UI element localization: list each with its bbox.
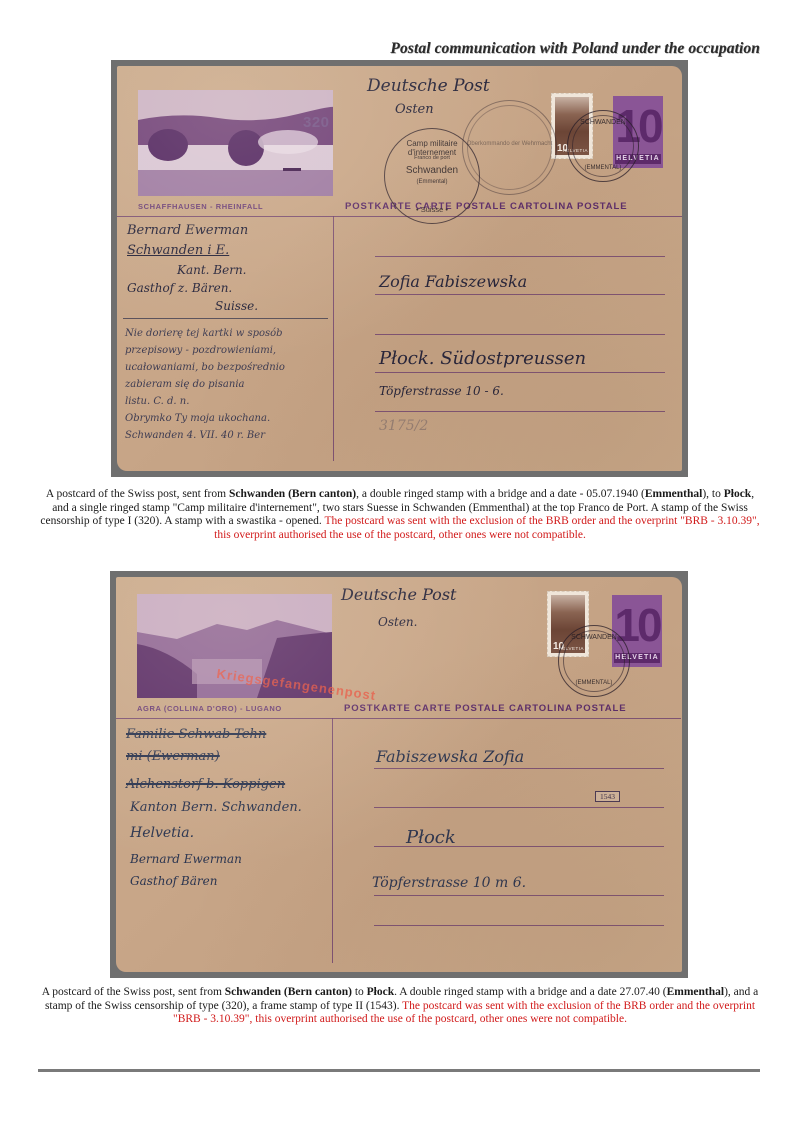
- postcard-2: AGRA (COLLINA D'ORO) - LUGANO POSTKARTE …: [116, 577, 682, 972]
- recipient-street: Töpferstrasse 10 m 6.: [372, 875, 526, 891]
- message-line: przepisowy - pozdrowieniami,: [125, 345, 276, 356]
- frame-stamp-1543: 1543: [595, 791, 620, 802]
- sender-line: Kanton Bern. Schwanden.: [130, 800, 302, 815]
- pencil-note: 3175/2: [379, 418, 428, 434]
- postcard-image-1: SCHAFFHAUSEN - RHEINFALL POSTKARTE CARTE…: [111, 60, 688, 477]
- schwanden-date-postmark: SCHWANDEN (EMMENTAL): [558, 625, 630, 697]
- header-divider: [117, 216, 682, 217]
- caption-text: ), to: [702, 488, 723, 500]
- caption-text: , a double ringed stamp with a bridge an…: [356, 488, 645, 500]
- caption-text: A postcard of the Swiss post, sent from: [46, 488, 229, 500]
- address-line: [374, 925, 664, 926]
- caption-text: Schwanden (Bern canton): [229, 488, 356, 500]
- address-line: [374, 768, 664, 769]
- message-line: zabieram się do pisania: [125, 379, 244, 390]
- sender-line: Suisse.: [215, 299, 258, 313]
- message-line: listu. C. d. n.: [125, 396, 189, 407]
- sender-line: Gasthof Bären: [130, 874, 217, 888]
- address-line: [375, 411, 665, 412]
- wehrmacht-postmark: Oberkommando der Wehrmacht: [462, 100, 557, 195]
- routing-line: Osten: [395, 102, 434, 117]
- recipient-street: Töpferstrasse 10 - 6.: [379, 384, 504, 398]
- recipient-city: Płock: [406, 827, 456, 848]
- sender-line: Helvetia.: [130, 825, 194, 841]
- sender-line-struck: Familie Schwab-Tehn: [126, 727, 266, 742]
- postcard-2-caption: A postcard of the Swiss post, sent from …: [40, 986, 760, 1027]
- postcard-1-caption: A postcard of the Swiss post, sent from …: [40, 488, 760, 542]
- address-line: [374, 895, 664, 896]
- sender-line-struck: Alchenstorf b. Koppigen: [126, 777, 285, 792]
- message-line: Schwanden 4. VII. 40 r. Ber: [125, 430, 265, 441]
- message-line: Obrymko Ty moja ukochana.: [125, 413, 270, 424]
- routing-line: Osten.: [378, 615, 417, 629]
- footer-divider: [38, 1069, 760, 1072]
- sender-underline: [123, 318, 328, 319]
- address-line: [375, 256, 665, 257]
- address-divider: [333, 216, 334, 461]
- censor-mark-320: 320: [303, 114, 330, 131]
- picture-caption: SCHAFFHAUSEN - RHEINFALL: [138, 202, 263, 211]
- sender-line: Gasthof z. Bären.: [127, 281, 232, 295]
- sender-line: Schwanden i E.: [127, 243, 229, 258]
- schwanden-date-postmark: SCHWANDEN (EMMENTAL): [567, 110, 639, 182]
- address-line: [375, 372, 665, 373]
- caption-text: Emmenthal: [645, 488, 703, 500]
- address-divider: [332, 718, 333, 963]
- caption-text: Płock: [367, 986, 394, 998]
- caption-text: Płock: [724, 488, 751, 500]
- caption-text: Schwanden (Bern canton): [225, 986, 352, 998]
- recipient-name: Zofia Fabiszewska: [379, 272, 527, 291]
- caption-text: . A double ringed stamp with a bridge an…: [394, 986, 666, 998]
- sender-line-struck: mi (Ewerman): [126, 749, 220, 764]
- caption-text: A postcard of the Swiss post, sent from: [42, 986, 225, 998]
- recipient-name: Fabiszewska Zofia: [376, 747, 524, 766]
- address-line: [375, 334, 665, 335]
- postcard-1: SCHAFFHAUSEN - RHEINFALL POSTKARTE CARTE…: [117, 66, 682, 471]
- page-title: Postal communication with Poland under t…: [390, 40, 760, 58]
- routing-line: Deutsche Post: [341, 585, 456, 604]
- waterfall-illustration: [138, 90, 333, 196]
- caption-text: to: [352, 986, 367, 998]
- postcard-image-2: AGRA (COLLINA D'ORO) - LUGANO POSTKARTE …: [110, 571, 688, 978]
- sender-line: Bernard Ewerman: [130, 852, 242, 866]
- address-line: [375, 294, 665, 295]
- message-line: ucałowaniami, bo bezpośrednio: [125, 362, 285, 373]
- card-type-heading: POSTKARTE CARTE POSTALE CARTOLINA POSTAL…: [344, 703, 627, 714]
- sender-line: Kant. Bern.: [177, 263, 247, 277]
- message-line: Nie dorierę tej kartki w sposób: [125, 328, 283, 339]
- caption-text: Emmenthal: [667, 986, 725, 998]
- picture-caption: AGRA (COLLINA D'ORO) - LUGANO: [137, 704, 282, 713]
- address-line: [374, 807, 664, 808]
- recipient-city: Płock. Südostpreussen: [379, 348, 586, 369]
- header-divider: [116, 718, 681, 719]
- routing-line: Deutsche Post: [367, 76, 490, 96]
- sender-line: Bernard Ewerman: [127, 223, 248, 238]
- postcard-picture-rheinfall: [138, 90, 333, 196]
